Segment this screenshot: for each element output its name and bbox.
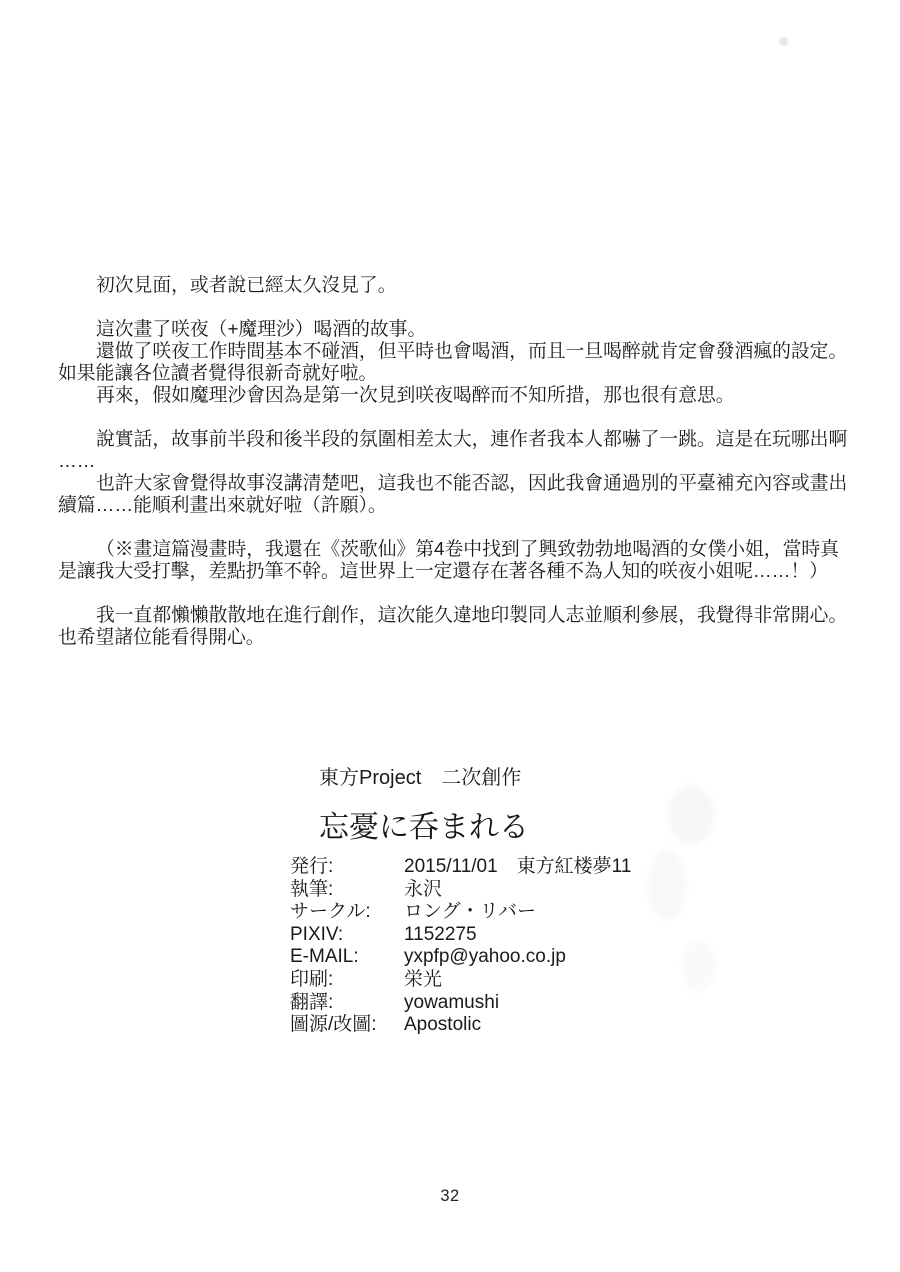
afterword-line: 我一直都懶懶散散地在進行創作，這次能久違地印製同人志並順利參展，我覺得非常開心。	[58, 604, 858, 626]
colophon-value: yowamushi	[404, 992, 499, 1015]
afterword-line: 續篇……能順利畫出來就好啦（許願）。	[58, 494, 858, 516]
colophon-row-pixiv: PIXIV: 1152275	[290, 924, 631, 947]
colophon-row-circle: サークル: ロング・リバー	[290, 901, 631, 924]
series-label: 東方Project 二次創作	[319, 761, 521, 790]
afterword-paragraph: （※畫這篇漫畫時，我還在《茨歌仙》第4卷中找到了興致勃勃地喝酒的女僕小姐，當時真…	[58, 538, 858, 582]
colophon-label: 印刷:	[290, 969, 404, 992]
colophon-label: サークル:	[290, 901, 404, 924]
colophon-label: 発行:	[290, 856, 404, 879]
afterword-paragraph: 初次見面，或者說已經太久沒見了。	[58, 274, 858, 296]
scan-artifact	[648, 850, 686, 920]
colophon-value: 栄光	[404, 969, 442, 992]
afterword-paragraph: 這次畫了咲夜（+魔理沙）喝酒的故事。 還做了咲夜工作時間基本不碰酒，但平時也會喝…	[58, 318, 858, 406]
afterword-line: （※畫這篇漫畫時，我還在《茨歌仙》第4卷中找到了興致勃勃地喝酒的女僕小姐，當時真	[58, 538, 858, 560]
afterword-paragraph: 我一直都懶懶散散地在進行創作，這次能久違地印製同人志並順利參展，我覺得非常開心。…	[58, 604, 858, 648]
colophon-value: Apostolic	[404, 1014, 481, 1037]
afterword-line: 再來，假如魔理沙會因為是第一次見到咲夜喝醉而不知所措，那也很有意思。	[58, 384, 858, 406]
page-number: 32	[0, 1187, 900, 1206]
scan-artifact	[682, 940, 716, 992]
afterword-line: 初次見面，或者說已經太久沒見了。	[58, 274, 858, 296]
colophon-value: ロング・リバー	[404, 901, 536, 924]
colophon-value: 永沢	[404, 879, 442, 902]
colophon-row-printer: 印刷: 栄光	[290, 969, 631, 992]
afterword-paragraph: 說實話，故事前半段和後半段的氛圍相差太大，連作者我本人都嚇了一跳。這是在玩哪出啊…	[58, 428, 858, 516]
colophon-label: PIXIV:	[290, 924, 404, 947]
afterword-line: 也希望諸位能看得開心。	[58, 626, 858, 648]
colophon-label: 翻譯:	[290, 992, 404, 1015]
scanned-page: 初次見面，或者說已經太久沒見了。 這次畫了咲夜（+魔理沙）喝酒的故事。 還做了咲…	[0, 0, 900, 1272]
colophon-row-translator: 翻譯: yowamushi	[290, 992, 631, 1015]
afterword-line: ……	[58, 450, 858, 472]
colophon-row-source-editor: 圖源/改圖: Apostolic	[290, 1014, 631, 1037]
afterword-line: 說實話，故事前半段和後半段的氛圍相差太大，連作者我本人都嚇了一跳。這是在玩哪出啊	[58, 428, 858, 450]
colophon-label: 圖源/改圖:	[290, 1014, 404, 1037]
book-title: 忘憂に呑まれる	[319, 802, 529, 846]
colophon-row-email: E-MAIL: yxpfp@yahoo.co.jp	[290, 946, 631, 969]
colophon-table: 発行: 2015/11/01 東方紅楼夢11 執筆: 永沢 サークル: ロング・…	[290, 856, 631, 1037]
scan-artifact	[779, 37, 788, 46]
colophon-label: 執筆:	[290, 879, 404, 902]
colophon-row-author: 執筆: 永沢	[290, 879, 631, 902]
afterword-text: 初次見面，或者說已經太久沒見了。 這次畫了咲夜（+魔理沙）喝酒的故事。 還做了咲…	[58, 274, 858, 648]
afterword-line: 是讓我大受打擊，差點扔筆不幹。這世界上一定還存在著各種不為人知的咲夜小姐呢……！…	[58, 560, 858, 582]
scan-artifact	[668, 786, 714, 844]
afterword-line: 還做了咲夜工作時間基本不碰酒，但平時也會喝酒，而且一旦喝醉就肯定會發酒瘋的設定。	[58, 340, 858, 362]
afterword-line: 這次畫了咲夜（+魔理沙）喝酒的故事。	[58, 318, 858, 340]
colophon-row-publication: 発行: 2015/11/01 東方紅楼夢11	[290, 856, 631, 879]
colophon-value: yxpfp@yahoo.co.jp	[404, 946, 566, 969]
colophon-value: 1152275	[404, 924, 477, 947]
colophon-label: E-MAIL:	[290, 946, 404, 969]
afterword-line: 如果能讓各位讀者覺得很新奇就好啦。	[58, 362, 858, 384]
afterword-line: 也許大家會覺得故事沒講清楚吧，這我也不能否認，因此我會通過別的平臺補充內容或畫出	[58, 472, 858, 494]
colophon-value: 2015/11/01 東方紅楼夢11	[404, 856, 631, 879]
